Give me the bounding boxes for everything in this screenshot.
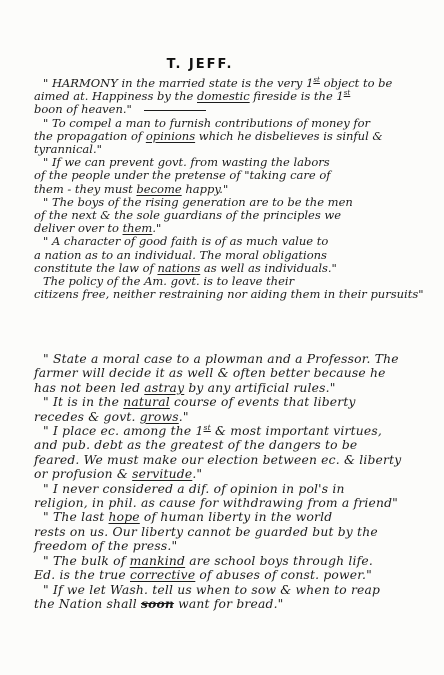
text-segment: by any artificial rules." <box>184 381 335 395</box>
text-segment: the Nation shall <box>34 597 141 611</box>
text-segment: ." <box>152 221 161 235</box>
underlined-word: nations <box>157 261 200 275</box>
text-segment: as well as individuals." <box>200 261 337 275</box>
text-segment: " I place ec. among the 1 <box>43 424 204 438</box>
underlined-word: domestic <box>197 89 250 103</box>
underlined-word: hope <box>109 510 140 524</box>
text-line: " I place ec. among the 1st & most impor… <box>34 424 426 438</box>
text-line: feared. We must make our election betwee… <box>34 453 426 467</box>
underlined-word: them <box>123 221 153 235</box>
quote-paragraph: " It is in the natural course of events … <box>34 395 426 424</box>
text-segment: fireside is the 1 <box>250 89 344 103</box>
text-segment: are school boys through life. <box>185 554 373 568</box>
text-line: " If we let Wash. tell us when to sow & … <box>34 583 426 597</box>
text-line: " State a moral case to a plowman and a … <box>34 352 426 366</box>
text-segment: " HARMONY in the married state is the ve… <box>43 76 313 90</box>
text-line: farmer will decide it as well & often be… <box>34 366 426 380</box>
text-segment: constitute the law of <box>34 261 157 275</box>
text-segment: of the next & the sole guardians of the … <box>34 208 341 222</box>
text-segment: a nation as to an individual. The moral … <box>34 248 327 262</box>
quote-paragraph: " HARMONY in the married state is the ve… <box>34 77 426 117</box>
quote-paragraph: " State a moral case to a plowman and a … <box>34 352 426 395</box>
quote-block: " HARMONY in the married state is the ve… <box>34 77 426 301</box>
text-segment: religion, in phil. as cause for withdraw… <box>34 496 398 510</box>
underlined-word: astray <box>144 381 184 395</box>
text-segment: farmer will decide it as well & often be… <box>34 366 386 380</box>
text-line: or profusion & servitude." <box>34 467 426 481</box>
text-segment: tyrannical." <box>34 142 102 156</box>
quote-paragraph: " The last hope of human liberty in the … <box>34 510 426 553</box>
quote-paragraph: " The boys of the rising generation are … <box>34 196 426 236</box>
document-page: T. JEFF. " HARMONY in the married state … <box>0 0 444 675</box>
text-line: rests on us. Our liberty cannot be guard… <box>34 525 426 539</box>
text-segment: st <box>204 423 211 432</box>
text-segment: happy." <box>182 182 229 196</box>
text-segment: object to be <box>320 76 392 90</box>
text-segment: the propagation of <box>34 129 146 143</box>
text-segment: " If we can prevent govt. from wasting t… <box>43 155 330 169</box>
text-segment: course of events that liberty <box>170 395 356 409</box>
text-line: has not been led astray by any artificia… <box>34 381 426 395</box>
underlined-word: servitude <box>132 467 192 481</box>
text-segment: rests on us. Our liberty cannot be guard… <box>34 525 378 539</box>
text-segment: them - they must <box>34 182 136 196</box>
text-segment: of the people under the pretense of "tak… <box>34 168 331 182</box>
text-line: and pub. debt as the greatest of the dan… <box>34 438 426 452</box>
quote-paragraph: " If we let Wash. tell us when to sow & … <box>34 583 426 612</box>
text-line: " It is in the natural course of events … <box>34 395 426 409</box>
text-segment: of abuses of const. power." <box>195 568 372 582</box>
text-segment: " The bulk of <box>43 554 130 568</box>
text-segment: want for bread." <box>174 597 283 611</box>
text-line: " I never considered a dif. of opinion i… <box>34 482 426 496</box>
text-segment: boon of heaven." <box>34 102 132 116</box>
quote-block: " State a moral case to a plowman and a … <box>34 352 426 611</box>
quote-paragraph: " A character of good faith is of as muc… <box>34 235 426 275</box>
text-segment: " To compel a man to furnish contributio… <box>43 116 370 130</box>
text-segment: freedom of the press." <box>34 539 177 553</box>
text-line: citizens free, neither restraining nor a… <box>34 288 426 301</box>
text-segment: " It is in the <box>43 395 123 409</box>
quote-paragraph: " I never considered a dif. of opinion i… <box>34 482 426 511</box>
text-line: freedom of the press." <box>34 539 426 553</box>
text-segment: " The last <box>43 510 109 524</box>
text-segment: " If we let Wash. tell us when to sow & … <box>43 583 380 597</box>
struck-word: soon <box>141 596 174 611</box>
text-line: recedes & govt. grows." <box>34 410 426 424</box>
handwritten-rule <box>144 110 206 111</box>
text-segment: or profusion & <box>34 467 132 481</box>
text-segment: " The boys of the rising generation are … <box>43 195 353 209</box>
underlined-word: mankind <box>130 554 186 568</box>
text-segment: " A character of good faith is of as muc… <box>43 234 328 248</box>
text-segment: recedes & govt. <box>34 410 140 424</box>
underlined-word: become <box>136 182 181 196</box>
quote-paragraph: " If we can prevent govt. from wasting t… <box>34 156 426 196</box>
text-segment: Ed. is the true <box>34 568 130 582</box>
text-segment: " I never considered a dif. of opinion i… <box>43 482 345 496</box>
quote-paragraph: " The bulk of mankind are school boys th… <box>34 554 426 583</box>
page-title: T. JEFF. <box>0 57 400 72</box>
text-segment: citizens free, neither restraining nor a… <box>34 287 424 301</box>
text-segment: & most important virtues, <box>211 424 382 438</box>
text-segment: which he disbelieves is sinful & <box>195 129 383 143</box>
text-segment: aimed at. Happiness by the <box>34 89 197 103</box>
quote-paragraph: The policy of the Am. govt. is to leave … <box>34 275 426 301</box>
quote-paragraph: " To compel a man to furnish contributio… <box>34 117 426 157</box>
text-segment: ." <box>192 467 202 481</box>
text-line: " The bulk of mankind are school boys th… <box>34 554 426 568</box>
text-line: the Nation shall soon want for bread." <box>34 597 426 611</box>
text-segment: and pub. debt as the greatest of the dan… <box>34 438 357 452</box>
text-segment: st <box>344 88 351 97</box>
text-line: Ed. is the true corrective of abuses of … <box>34 568 426 582</box>
text-line: " The last hope of human liberty in the … <box>34 510 426 524</box>
text-line: religion, in phil. as cause for withdraw… <box>34 496 426 510</box>
quote-paragraph: " I place ec. among the 1st & most impor… <box>34 424 426 482</box>
underlined-word: grows <box>140 410 179 424</box>
text-segment: of human liberty in the world <box>140 510 333 524</box>
text-segment: deliver over to <box>34 221 123 235</box>
underlined-word: opinions <box>146 129 195 143</box>
text-segment: has not been led <box>34 381 144 395</box>
text-segment: " State a moral case to a plowman and a … <box>43 352 399 366</box>
text-segment: The policy of the Am. govt. is to leave … <box>43 274 294 288</box>
underlined-word: corrective <box>130 568 195 582</box>
text-segment: ." <box>179 410 189 424</box>
underlined-word: natural <box>123 395 170 409</box>
text-segment: feared. We must make our election betwee… <box>34 453 401 467</box>
